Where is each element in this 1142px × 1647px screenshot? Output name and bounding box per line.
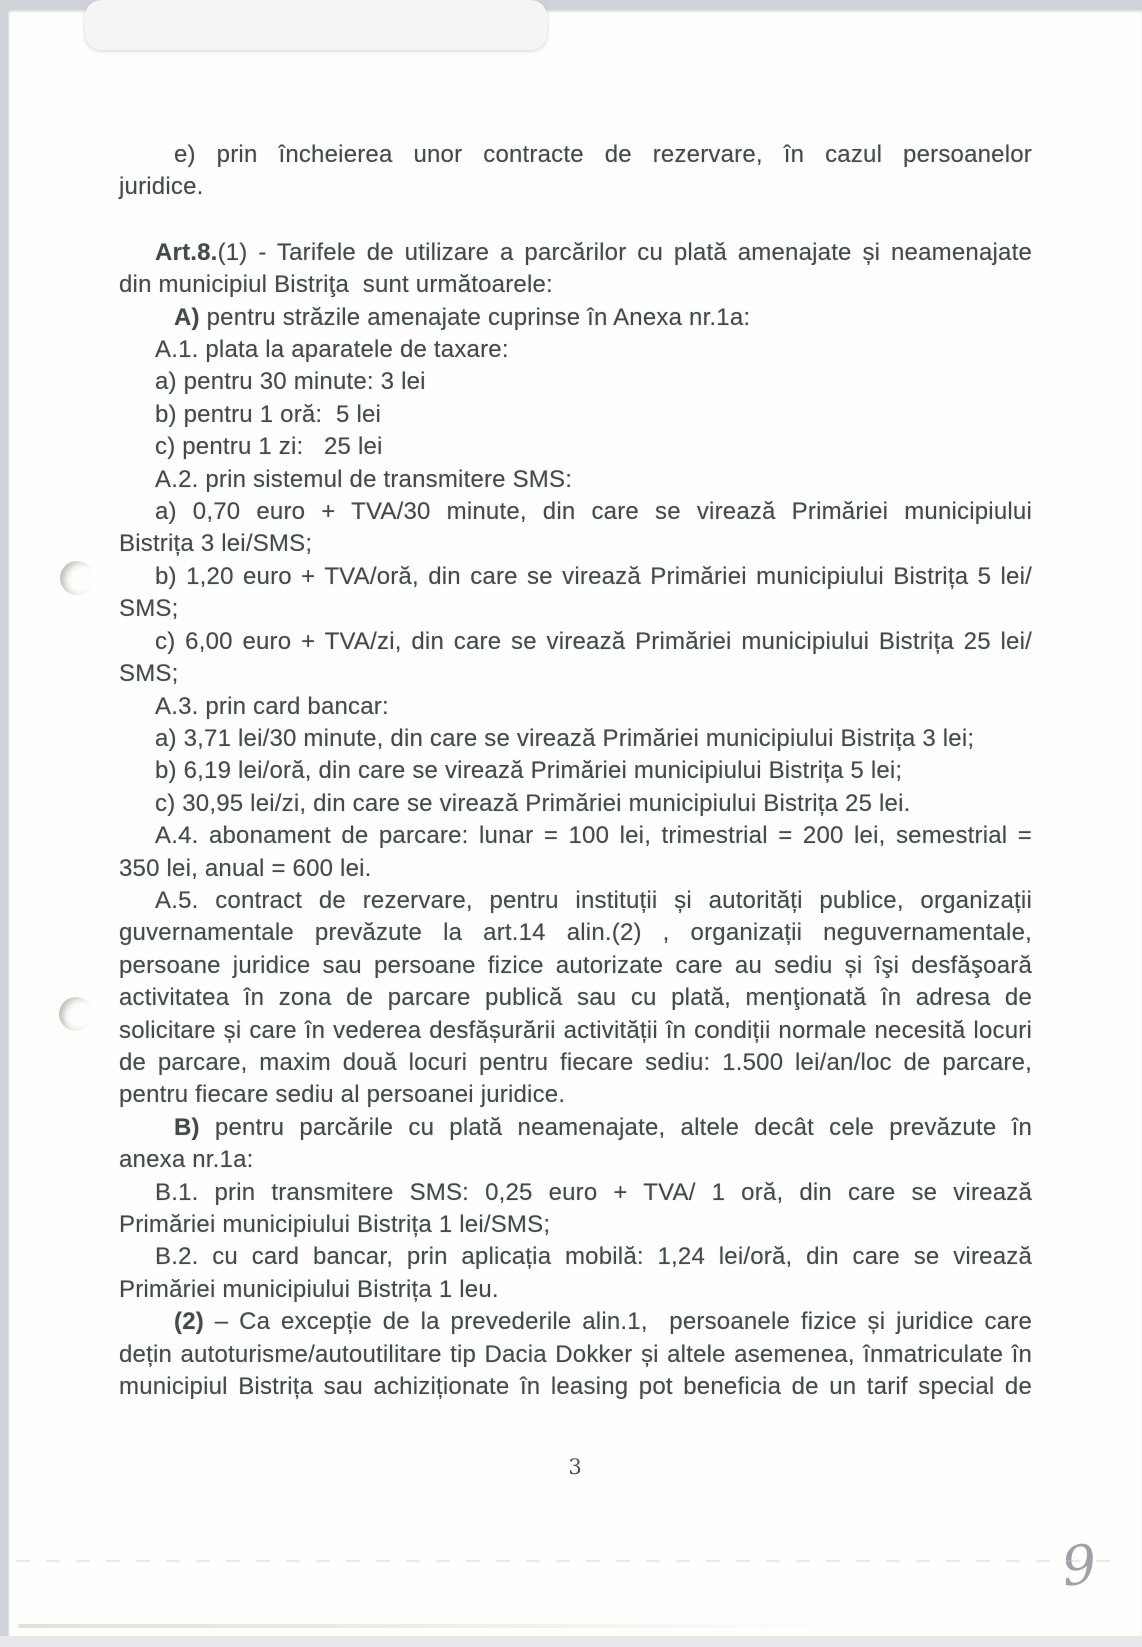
document-line: pentru fiecare sediu al persoanei juridi… — [119, 1079, 1032, 1111]
line-text: (1) - Tarifele de utilizare a parcărilor… — [218, 239, 1032, 266]
document-line: dețin autoturisme/autoutilitare tip Daci… — [119, 1339, 1032, 1371]
line-text: b) pentru 1 oră: 5 lei — [155, 401, 381, 428]
document-line: Bistrița 3 lei/SMS; — [119, 528, 1032, 560]
document-line: juridice. — [119, 171, 1032, 203]
line-bold-prefix: B) — [174, 1114, 200, 1141]
document-line: municipiul Bistrița sau achiziționate în… — [119, 1371, 1032, 1403]
line-text: a) 3,71 lei/30 minute, din care se virea… — [155, 725, 974, 752]
line-text: pentru fiecare sediu al persoanei juridi… — [119, 1081, 565, 1108]
document-line: SMS; — [119, 658, 1032, 690]
line-text: Primăriei municipiului Bistrița 1 lei/SM… — [119, 1211, 550, 1238]
document-line: A.3. prin card bancar: — [119, 691, 1032, 723]
line-text: A.2. prin sistemul de transmitere SMS: — [155, 466, 572, 493]
document-line: A.5. contract de rezervare, pentru insti… — [119, 885, 1032, 917]
line-text: A.5. contract de rezervare, pentru insti… — [155, 887, 1032, 914]
line-text: Bistrița 3 lei/SMS; — [119, 530, 312, 557]
document-line: anexa nr.1a: — [119, 1144, 1032, 1176]
document-line: (2) – Ca excepție de la prevederile alin… — [119, 1306, 1032, 1338]
line-text: c) 6,00 euro + TVA/zi, din care se virea… — [155, 628, 1032, 655]
line-text: B.1. prin transmitere SMS: 0,25 euro + T… — [155, 1179, 1032, 1206]
document-line: c) 30,95 lei/zi, din care se virează Pri… — [119, 788, 1032, 820]
document-line: a) 0,70 euro + TVA/30 minute, din care s… — [119, 496, 1032, 528]
line-text: dețin autoturisme/autoutilitare tip Daci… — [119, 1341, 1032, 1368]
scan-artifact-line — [16, 1560, 1118, 1562]
line-bold-prefix: A) — [174, 304, 200, 331]
line-text: b) 6,19 lei/oră, din care se virează Pri… — [155, 757, 902, 784]
line-text: A.4. abonament de parcare: lunar = 100 l… — [155, 822, 1032, 849]
line-text: SMS; — [119, 660, 178, 687]
document-line: A.2. prin sistemul de transmitere SMS: — [119, 464, 1032, 496]
line-text: B.2. cu card bancar, prin aplicația mobi… — [155, 1243, 1032, 1270]
punch-hole-bottom — [59, 997, 93, 1031]
line-bold-prefix: Art.8. — [155, 239, 218, 266]
line-text: c) pentru 1 zi: 25 lei — [155, 433, 383, 460]
handwritten-page-mark: 9 — [1059, 1532, 1100, 1598]
line-text: guvernamentale prevăzute la art.14 alin.… — [119, 919, 1032, 946]
document-line: a) 3,71 lei/30 minute, din care se virea… — [119, 723, 1032, 755]
document-line: SMS; — [119, 593, 1032, 625]
line-text: solicitare și care în vederea desfășurăr… — [119, 1017, 1032, 1044]
page-number: 3 — [8, 1455, 1142, 1479]
document-line: e) prin încheierea unor contracte de rez… — [119, 139, 1032, 171]
document-line: c) 6,00 euro + TVA/zi, din care se virea… — [119, 626, 1032, 658]
document-line: Art.8.(1) - Tarifele de utilizare a parc… — [119, 237, 1032, 269]
scan-artifact-smudge — [18, 1624, 848, 1628]
document-line: b) 6,19 lei/oră, din care se virează Pri… — [119, 755, 1032, 787]
document-line: b) pentru 1 oră: 5 lei — [119, 399, 1032, 431]
document-line: B.1. prin transmitere SMS: 0,25 euro + T… — [119, 1177, 1032, 1209]
line-text: SMS; — [119, 595, 178, 622]
document-body: e) prin încheierea unor contracte de rez… — [119, 139, 1032, 1403]
document-line: din municipiul Bistriţa sunt următoarele… — [119, 269, 1032, 301]
document-line: A.4. abonament de parcare: lunar = 100 l… — [119, 820, 1032, 852]
line-text: pentru străzile amenajate cuprinse în An… — [200, 304, 751, 331]
document-line: b) 1,20 euro + TVA/oră, din care se vire… — [119, 561, 1032, 593]
punch-hole-top — [60, 561, 94, 595]
document-line: Primăriei municipiului Bistrița 1 leu. — [119, 1274, 1032, 1306]
document-line: de parcare, maxim două locuri pentru fie… — [119, 1047, 1032, 1079]
line-text: e) prin încheierea unor contracte de rez… — [174, 141, 1032, 168]
line-text: juridice. — [119, 173, 204, 200]
document-line: A) pentru străzile amenajate cuprinse în… — [119, 302, 1032, 334]
page-top-edge-tab — [85, 0, 547, 50]
document-line: Primăriei municipiului Bistrița 1 lei/SM… — [119, 1209, 1032, 1241]
page-bottom-edge — [0, 1636, 1142, 1647]
document-line: a) pentru 30 minute: 3 lei — [119, 366, 1032, 398]
line-text: a) 0,70 euro + TVA/30 minute, din care s… — [155, 498, 1032, 525]
document-line: solicitare și care în vederea desfășurăr… — [119, 1015, 1032, 1047]
line-text: Primăriei municipiului Bistrița 1 leu. — [119, 1276, 499, 1303]
line-text: anexa nr.1a: — [119, 1146, 254, 1173]
document-line: A.1. plata la aparatele de taxare: — [119, 334, 1032, 366]
line-text: a) pentru 30 minute: 3 lei — [155, 368, 426, 395]
line-text: b) 1,20 euro + TVA/oră, din care se vire… — [155, 563, 1032, 590]
line-text: 350 lei, anual = 600 lei. — [119, 855, 372, 882]
line-text: de parcare, maxim două locuri pentru fie… — [119, 1049, 1032, 1076]
document-line: 350 lei, anual = 600 lei. — [119, 853, 1032, 885]
line-text: din municipiul Bistriţa sunt următoarele… — [119, 271, 553, 298]
line-text: activitatea în zona de parcare publică s… — [119, 984, 1032, 1011]
document-line: guvernamentale prevăzute la art.14 alin.… — [119, 917, 1032, 949]
line-text: persoane juridice sau persoane fizice au… — [119, 952, 1032, 979]
document-line: B) pentru parcările cu plată neamenajate… — [119, 1112, 1032, 1144]
line-text: A.3. prin card bancar: — [155, 693, 389, 720]
line-text: – Ca excepție de la prevederile alin.1, … — [204, 1308, 1032, 1335]
line-text: pentru parcările cu plată neamenajate, a… — [200, 1114, 1032, 1141]
line-text: A.1. plata la aparatele de taxare: — [155, 336, 509, 363]
document-line: c) pentru 1 zi: 25 lei — [119, 431, 1032, 463]
line-text: c) 30,95 lei/zi, din care se virează Pri… — [155, 790, 911, 817]
line-text: municipiul Bistrița sau achiziționate în… — [119, 1373, 1032, 1400]
document-line: B.2. cu card bancar, prin aplicația mobi… — [119, 1241, 1032, 1273]
document-line: persoane juridice sau persoane fizice au… — [119, 950, 1032, 982]
line-bold-prefix: (2) — [174, 1308, 204, 1335]
document-line: activitatea în zona de parcare publică s… — [119, 982, 1032, 1014]
